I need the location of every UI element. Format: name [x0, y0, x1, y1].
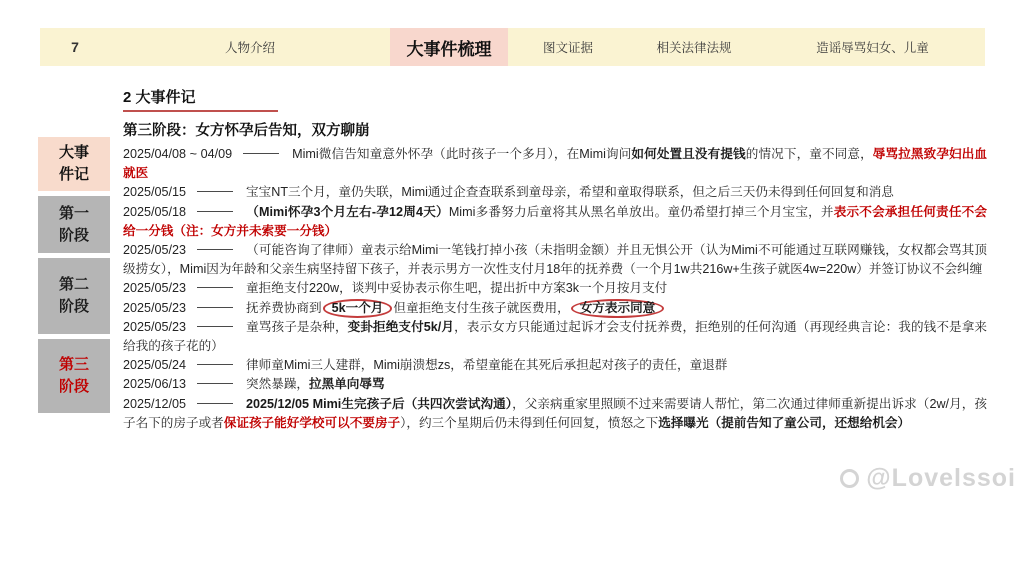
entry-date: 2025/05/18	[123, 205, 186, 219]
entry-date: 2025/05/15	[123, 185, 186, 199]
entry-date: 2025/04/08 ~ 04/09	[123, 147, 232, 161]
sidebar-item-1[interactable]: 第一 阶段	[38, 196, 110, 253]
entry-text-normal: Mimi多番努力后童将其从黑名单放出。童仍希望打掉三个月宝宝，并	[449, 205, 834, 219]
timeline-entry-1: 2025/05/15宝宝NT三个月，童仍失联，Mimi通过企查查联系到童母亲，希…	[123, 183, 987, 202]
sidebar-item-3[interactable]: 第三 阶段	[38, 339, 110, 413]
dash-separator	[197, 211, 233, 212]
entry-date: 2025/05/23	[123, 320, 186, 334]
stage-heading: 第三阶段：女方怀孕后告知，双方聊崩	[123, 119, 987, 140]
topbar-tab-4[interactable]: 造谣辱骂妇女、儿童	[760, 28, 985, 66]
entry-text-bold: （Mimi怀孕3个月左右-孕12周4天）	[246, 205, 449, 219]
entry-text-bold: 变卦拒绝支付5k/月	[348, 320, 454, 334]
entry-text-normal: ），约三个星期后仍未得到任何回复，愤怒之下	[400, 416, 658, 430]
timeline-entry-8: 2025/06/13突然暴躁，拉黑单向辱骂	[123, 375, 987, 394]
dash-separator	[197, 287, 233, 288]
page-number: 7	[40, 28, 110, 66]
title-underline	[123, 110, 278, 112]
entry-text-normal: 宝宝NT三个月，童仍失联，Mimi通过企查查联系到童母亲，希望和童取得联系，但之…	[246, 185, 894, 199]
sidebar-item-0[interactable]: 大事 件记	[38, 137, 110, 191]
dash-separator	[197, 307, 233, 308]
top-nav-bar: 7 人物介绍大事件梳理图文证据相关法律法规造谣辱骂妇女、儿童	[40, 28, 985, 66]
entry-text-circled: 女方表示同意	[571, 299, 665, 318]
dash-separator	[197, 326, 233, 327]
entry-text-normal: 律师童Mimi三人建群，Mimi崩溃想zs，希望童能在其死后承担起对孩子的责任，…	[246, 358, 727, 372]
entry-text-bold: 2025/12/05 Mimi生完孩子后（共四次尝试沟通）	[246, 397, 512, 411]
entry-text-bold: 选择曝光（提前告知了童公司，还想给机会）	[658, 416, 910, 430]
entry-date: 2025/12/05	[123, 397, 186, 411]
entry-text-normal: 但童拒绝支付生孩子就医费用，	[393, 301, 569, 315]
main-content: 2 大事件记 第三阶段：女方怀孕后告知，双方聊崩 2025/04/08 ~ 04…	[123, 86, 987, 433]
entry-date: 2025/05/23	[123, 301, 186, 315]
watermark-handle: @Lovelssoi	[866, 464, 1016, 493]
sidebar-item-2[interactable]: 第二 阶段	[38, 258, 110, 334]
entry-text-normal: 突然暴躁，	[246, 377, 309, 391]
timeline-entry-0: 2025/04/08 ~ 04/09Mimi微信告知童意外怀孕（此时孩子一个多月…	[123, 145, 987, 183]
slide: 7 人物介绍大事件梳理图文证据相关法律法规造谣辱骂妇女、儿童 大事 件记第一 阶…	[0, 0, 1024, 576]
watermark: @Lovelssoi	[840, 464, 1016, 493]
dash-separator	[197, 383, 233, 384]
tab-bar: 人物介绍大事件梳理图文证据相关法律法规造谣辱骂妇女、儿童	[110, 28, 985, 66]
timeline-entry-4: 2025/05/23童拒绝支付220w，谈判中妥协表示你生吧，提出折中方案3k一…	[123, 279, 987, 298]
timeline-entry-3: 2025/05/23（可能咨询了律师）童表示给Mimi一笔钱打掉小孩（未指明金额…	[123, 241, 987, 279]
dash-separator	[197, 364, 233, 365]
section-title: 2 大事件记	[123, 86, 987, 107]
dash-separator	[197, 403, 233, 404]
entry-text-normal: 的情况下，童不同意，	[746, 147, 873, 161]
topbar-tab-3[interactable]: 相关法律法规	[628, 28, 760, 66]
topbar-tab-1[interactable]: 大事件梳理	[390, 28, 508, 66]
timeline-entry-6: 2025/05/23童骂孩子是杂种，变卦拒绝支付5k/月，表示女方只能通过起诉才…	[123, 318, 987, 356]
entry-date: 2025/06/13	[123, 377, 186, 391]
entry-text-normal: 抚养费协商到	[246, 301, 322, 315]
topbar-tab-2[interactable]: 图文证据	[508, 28, 628, 66]
entry-text-normal: 童骂孩子是杂种，	[246, 320, 348, 334]
timeline-entry-9: 2025/12/052025/12/05 Mimi生完孩子后（共四次尝试沟通），…	[123, 395, 987, 433]
stage-sidebar: 大事 件记第一 阶段第二 阶段第三 阶段	[38, 137, 110, 413]
entry-date: 2025/05/24	[123, 358, 186, 372]
timeline-entry-2: 2025/05/18（Mimi怀孕3个月左右-孕12周4天）Mimi多番努力后童…	[123, 203, 987, 241]
entry-text-bold: 如何处置且没有提钱	[631, 147, 745, 161]
timeline-entry-7: 2025/05/24律师童Mimi三人建群，Mimi崩溃想zs，希望童能在其死后…	[123, 356, 987, 375]
dash-separator	[243, 153, 279, 154]
entry-text-normal: （可能咨询了律师）童表示给Mimi一笔钱打掉小孩（未指明金额）并且无惧公开（认为…	[123, 243, 987, 276]
entry-text-normal: Mimi微信告知童意外怀孕（此时孩子一个多月），在Mimi询问	[292, 147, 631, 161]
watermark-logo-icon	[840, 469, 859, 488]
timeline: 2025/04/08 ~ 04/09Mimi微信告知童意外怀孕（此时孩子一个多月…	[123, 145, 987, 433]
entry-text-red: 保证孩子能好学校可以不要房子	[224, 416, 400, 430]
entry-date: 2025/05/23	[123, 281, 186, 295]
dash-separator	[197, 191, 233, 192]
entry-date: 2025/05/23	[123, 243, 186, 257]
entry-text-normal: 童拒绝支付220w，谈判中妥协表示你生吧，提出折中方案3k一个月按月支付	[246, 281, 667, 295]
dash-separator	[197, 249, 233, 250]
entry-text-circled: 5k一个月	[323, 299, 393, 318]
timeline-entry-5: 2025/05/23抚养费协商到5k一个月但童拒绝支付生孩子就医费用，女方表示同…	[123, 299, 987, 318]
entry-text-bold: 拉黑单向辱骂	[309, 377, 385, 391]
topbar-tab-0[interactable]: 人物介绍	[110, 28, 390, 66]
